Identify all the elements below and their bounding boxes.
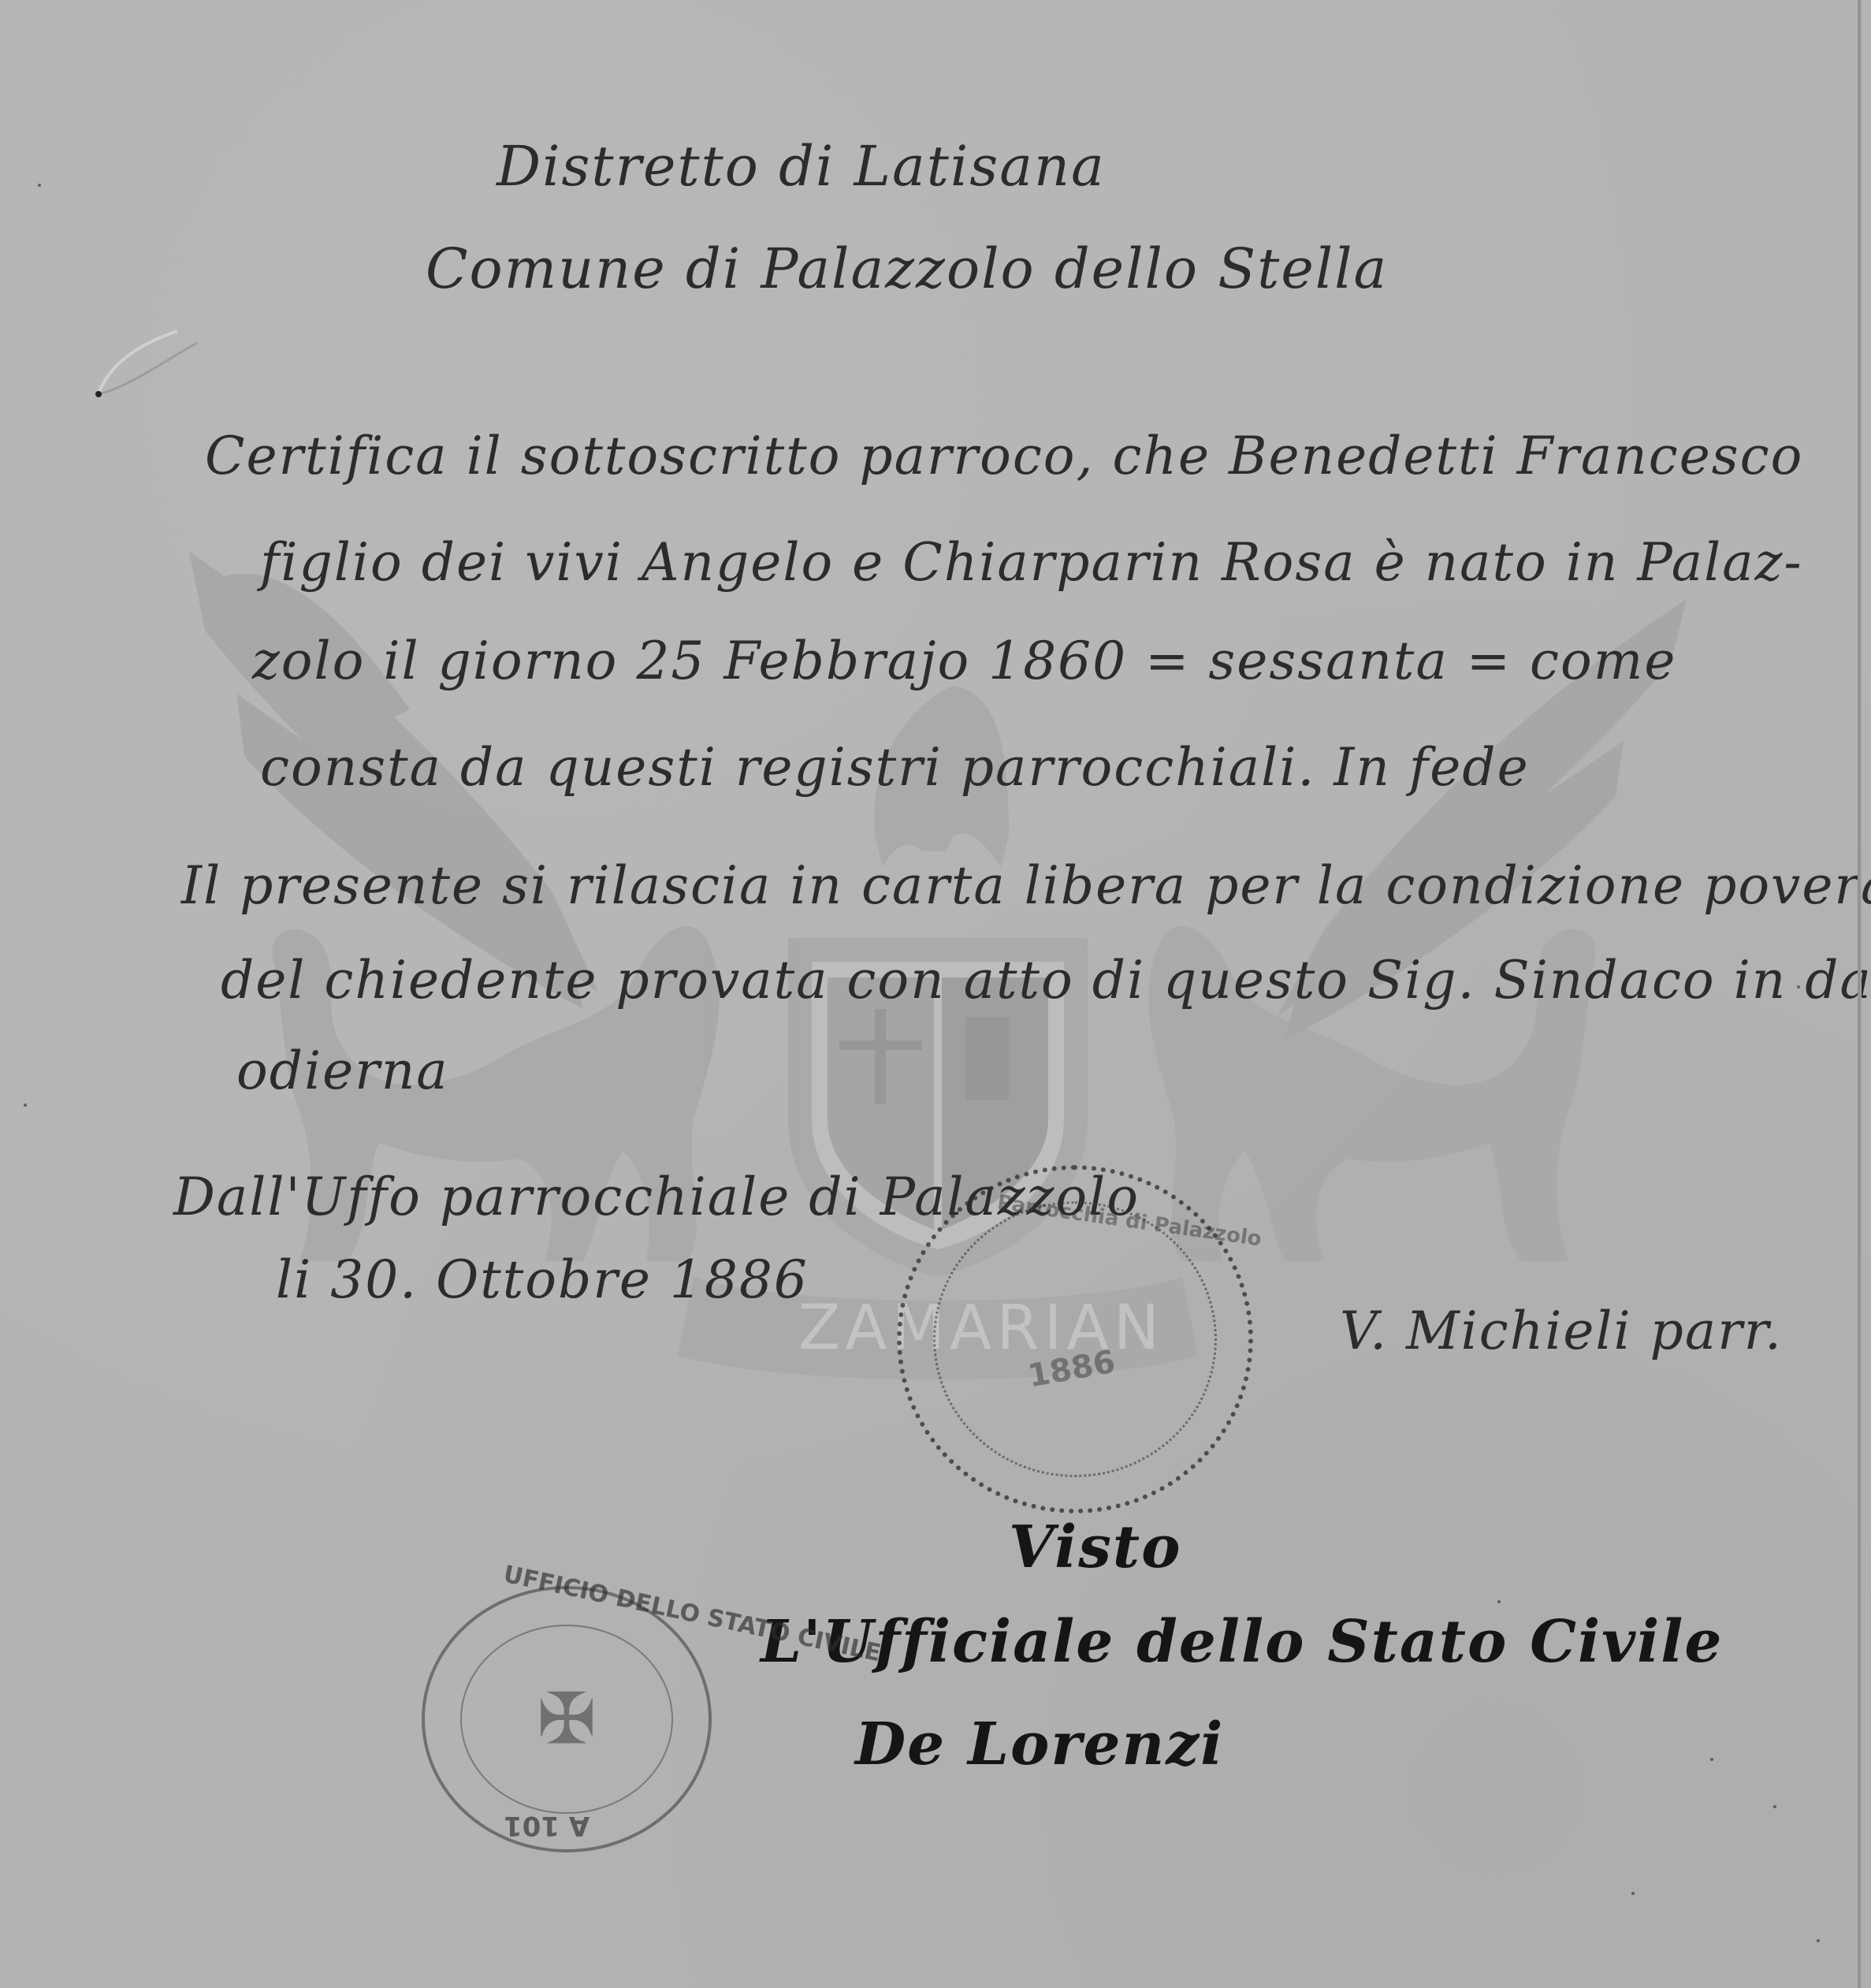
- commune-heading: Comune di Palazzolo dello Stella: [426, 236, 1388, 301]
- parish-stamp-inner-ring: [933, 1201, 1217, 1477]
- body-line-1: Certifica il sottoscritto parroco, che B…: [205, 426, 1803, 486]
- paper-speck: [1631, 1892, 1635, 1895]
- paper-speck: [1710, 1758, 1713, 1761]
- civil-registry-stamp: ✠ UFFICIO DELLO STATO CIVILE A 101: [422, 1586, 712, 1852]
- date-line: li 30. Ottobre 1886: [276, 1249, 809, 1310]
- body-line-7: odierna: [236, 1041, 449, 1101]
- paper-speck: [24, 1104, 27, 1107]
- paper-speck: [1817, 1939, 1820, 1942]
- body-line-4: consta da questi registri parrocchiali. …: [260, 737, 1530, 798]
- paper-speck: [38, 184, 41, 187]
- paper-speck: [1497, 1600, 1501, 1603]
- civil-officer-signature: De Lorenzi: [855, 1711, 1224, 1778]
- visto-endorsement: Visto: [1009, 1513, 1181, 1581]
- paper-speck: [1773, 1805, 1776, 1808]
- parish-priest-signature: V. Michieli parr.: [1340, 1301, 1783, 1361]
- body-line-6: del chiedente provata con atto di questo…: [221, 950, 1871, 1011]
- body-line-5: Il presente si rilascia in carta libera …: [181, 855, 1871, 916]
- parish-stamp: Parrocchia di Palazzolo 1886: [897, 1165, 1253, 1513]
- savoy-cross-emblem-icon: ✠: [537, 1678, 596, 1761]
- pencil-check-mark-icon: [67, 315, 209, 410]
- civil-officer-title: L'Ufficiale dello Stato Civile: [761, 1608, 1723, 1676]
- civil-stamp-bottom-text: A 101: [504, 1810, 590, 1841]
- district-heading: Distretto di Latisana: [497, 134, 1106, 199]
- paper-speck: [1797, 985, 1800, 988]
- body-line-3: zolo il giorno 25 Febbrajo 1860 = sessan…: [252, 631, 1676, 691]
- page-fold-line: [1858, 0, 1862, 1988]
- body-line-2: figlio dei vivi Angelo e Chiarparin Rosa…: [260, 532, 1803, 593]
